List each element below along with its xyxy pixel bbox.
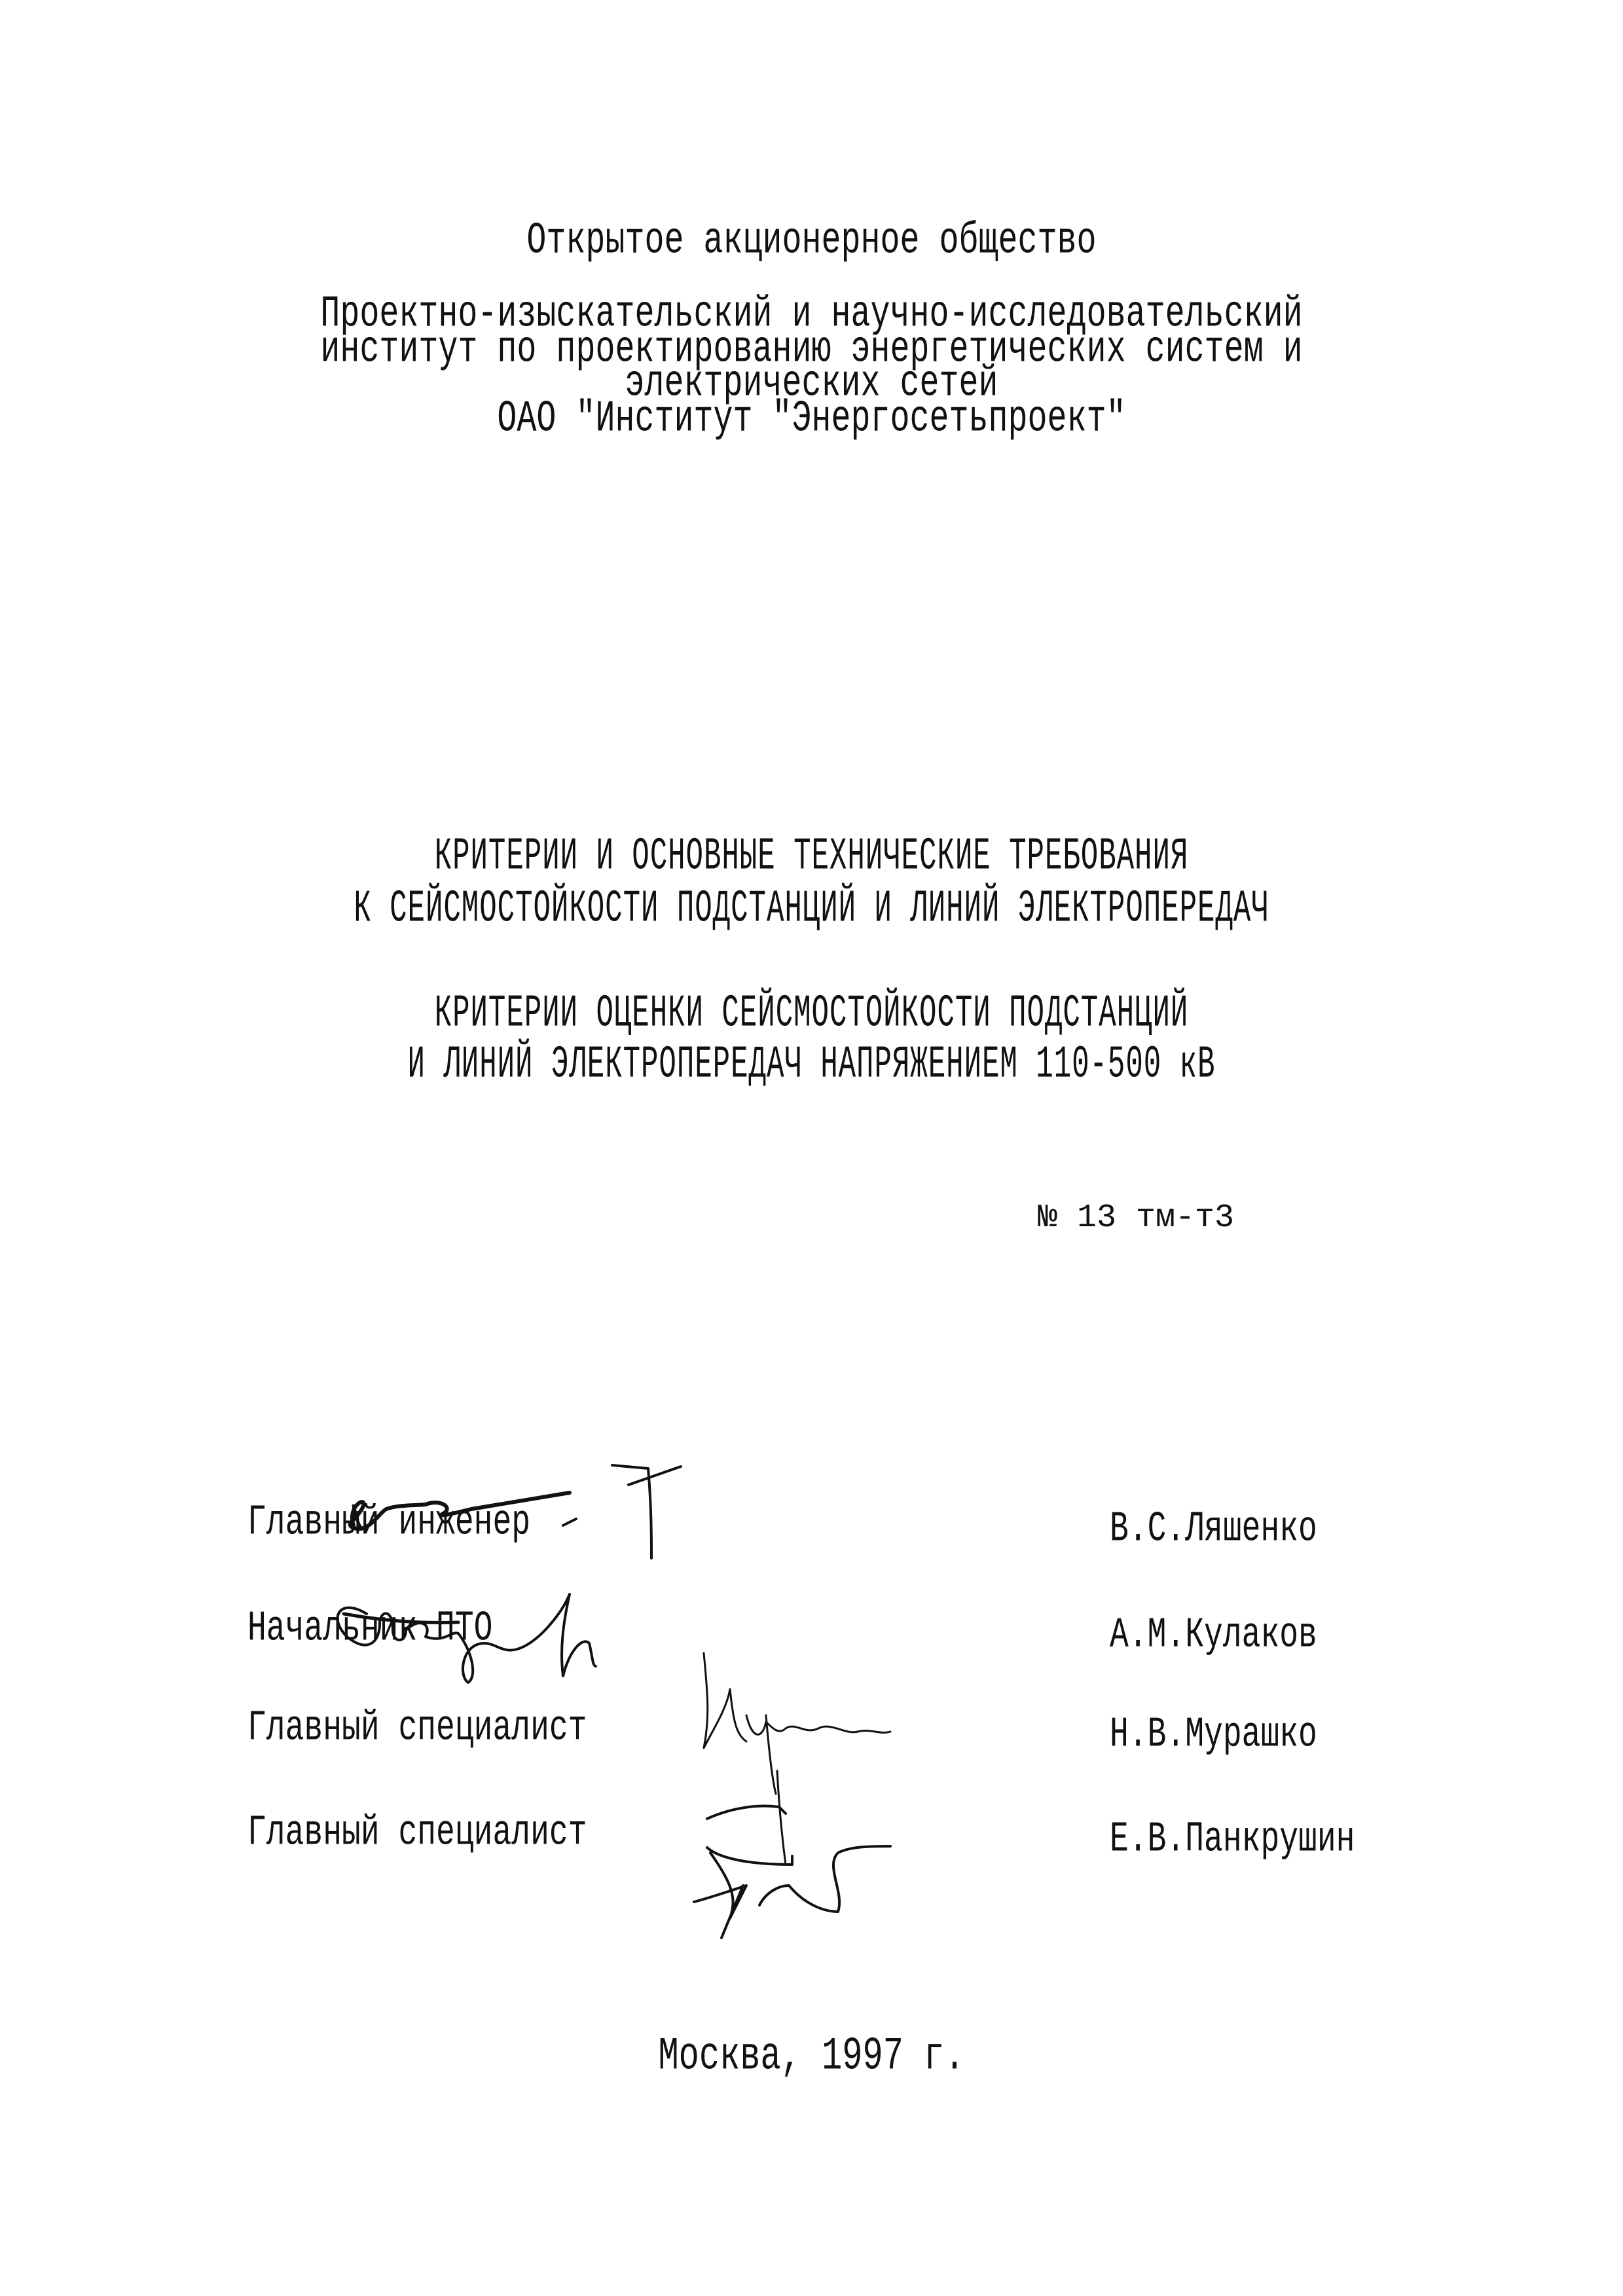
place-and-year: Москва, 1997 г. — [0, 2031, 1623, 2083]
signatory-name: А.М.Кулаков — [1110, 1612, 1317, 1660]
signatory-name: В.С.Ляшенко — [1110, 1506, 1317, 1554]
organization-type: Открытое акционерное общество — [0, 216, 1623, 266]
sub-title-line: И ЛИНИЙ ЭЛЕКТРОПЕРЕДАЧ НАПРЯЖЕНИЕМ 110-5… — [65, 1040, 1558, 1091]
signatory-row: Начальник ПТО А.М.Кулаков — [0, 1605, 1623, 1664]
signatory-role: Начальник ПТО — [247, 1605, 492, 1653]
signatory-role: Главный специалист — [247, 1705, 587, 1753]
signatory-name: Е.В.Панкрушин — [1110, 1816, 1355, 1864]
signatory-row: Главный специалист Н.В.Мурашко — [0, 1705, 1623, 1764]
document-number: № 13 тм-т3 — [1038, 1199, 1234, 1237]
sub-title-line: КРИТЕРИИ ОЦЕНКИ СЕЙСМОСТОЙКОСТИ ПОДСТАНЦ… — [65, 989, 1558, 1040]
signatory-row: Главный специалист Е.В.Панкрушин — [0, 1810, 1623, 1868]
signatory-role: Главный специалист — [247, 1810, 587, 1857]
signatory-row: Главный инженер В.С.Ляшенко — [0, 1499, 1623, 1558]
signatory-name: Н.В.Мурашко — [1110, 1711, 1317, 1759]
signatory-role: Главный инженер — [247, 1499, 530, 1547]
institute-name: ОАО "Институт "Энергосетьпроект" — [0, 394, 1623, 445]
main-title-line: К СЕЙСМОСТОЙКОСТИ ПОДСТАНЦИЙ И ЛИНИЙ ЭЛЕ… — [65, 884, 1558, 935]
main-title-line: КРИТЕРИИ И ОСНОВНЫЕ ТЕХНИЧЕСКИЕ ТРЕБОВАН… — [65, 831, 1558, 883]
